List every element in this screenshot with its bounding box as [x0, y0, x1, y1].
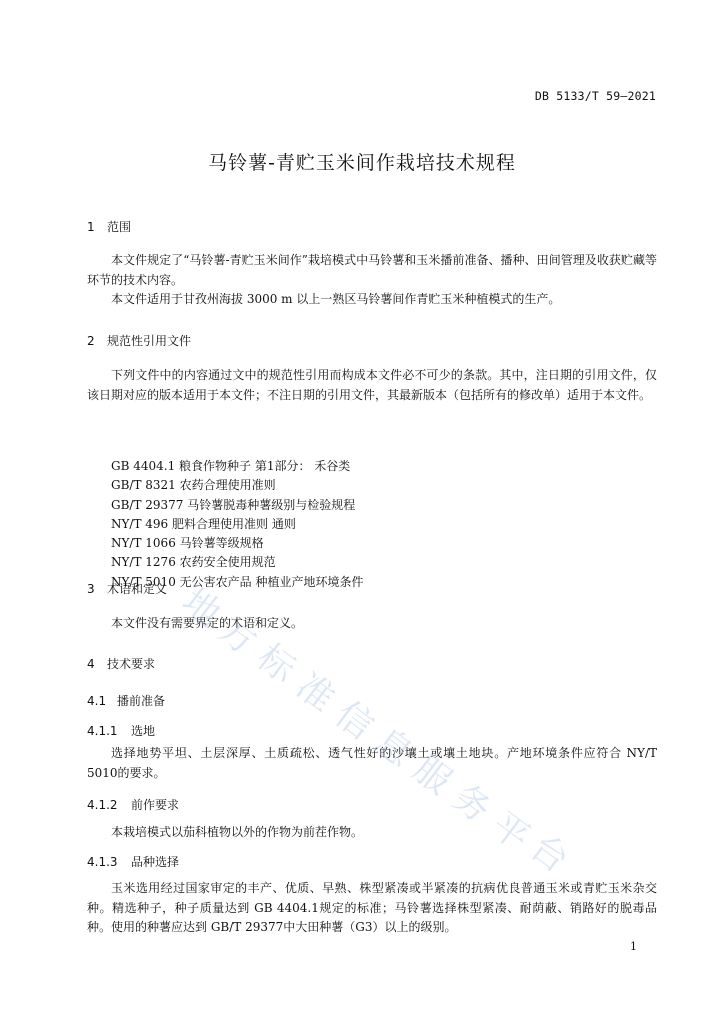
reference-item: NY/T 1066 马铃薯等级规格: [111, 534, 363, 553]
section-number: 4.1: [87, 694, 117, 708]
section-title: 前作要求: [131, 798, 179, 812]
page-number: 1: [630, 940, 637, 953]
section-4-heading: 4技术要求: [87, 655, 155, 672]
watermark-char: 信: [326, 687, 385, 749]
section-4-1-3-heading: 4.1.3品种选择: [87, 853, 179, 870]
section-number: 1: [87, 220, 107, 234]
document-title: 马铃薯-青贮玉米间作栽培技术规程: [0, 148, 724, 175]
section-title: 选地: [131, 724, 155, 738]
watermark-char: 准: [287, 659, 346, 721]
section-number: 4.1.3: [87, 855, 131, 869]
section-4-1-1-paragraph: 选择地势平坦、土层深厚、土质疏松、透气性好的沙壤土或壤土地块。产地环境条件应符合…: [87, 744, 657, 783]
section-4-1-2-paragraph: 本栽培模式以茄科植物以外的作物为前茬作物。: [87, 823, 657, 843]
section-title: 品种选择: [131, 855, 179, 869]
reference-list: GB 4404.1 粮食作物种子 第1部分： 禾谷类 GB/T 8321 农药合…: [111, 457, 363, 592]
section-number: 3: [87, 582, 107, 596]
document-page: DB 5133/T 59—2021 马铃薯-青贮玉米间作栽培技术规程 1范围 本…: [0, 0, 724, 1024]
reference-item: GB/T 8321 农药合理使用准则: [111, 476, 363, 495]
reference-item: GB 4404.1 粮食作物种子 第1部分： 禾谷类: [111, 457, 363, 476]
section-title: 播前准备: [117, 694, 165, 708]
reference-item: NY/T 496 肥料合理使用准则 通则: [111, 515, 363, 534]
section-1-paragraph-1: 本文件规定了“马铃薯-青贮玉米间作”栽培模式中马铃薯和玉米播前准备、播种、田间管…: [87, 251, 657, 290]
section-3-paragraph: 本文件没有需要界定的术语和定义。: [87, 614, 657, 634]
section-2-intro: 下列文件中的内容通过文中的规范性引用而构成本文件必不可少的条款。其中，注日期的引…: [87, 366, 657, 405]
section-title: 规范性引用文件: [107, 334, 191, 348]
section-1-paragraph-2: 本文件适用于甘孜州海拔 3000 m 以上一熟区马铃薯间作青贮玉米种植模式的生产…: [87, 290, 657, 310]
section-4-1-2-heading: 4.1.2前作要求: [87, 796, 179, 813]
watermark-char: 标: [248, 630, 307, 692]
reference-item: GB/T 29377 马铃薯脱毒种薯级别与检验规程: [111, 496, 363, 515]
section-number: 4.1.1: [87, 724, 131, 738]
section-4-1-1-heading: 4.1.1选地: [87, 722, 155, 739]
section-number: 4: [87, 657, 107, 671]
section-4-1-3-paragraph: 玉米选用经过国家审定的丰产、优质、早熟、株型紧凑或半紧凑的抗病优良普通玉米或青贮…: [87, 879, 657, 938]
section-3-heading: 3术语和定义: [87, 580, 167, 597]
section-number: 4.1.2: [87, 798, 131, 812]
watermark-char: 方: [209, 602, 268, 664]
section-1-heading: 1范围: [87, 218, 131, 235]
reference-item: NY/T 1276 农药安全使用规范: [111, 553, 363, 572]
section-title: 术语和定义: [107, 582, 167, 596]
section-title: 技术要求: [107, 657, 155, 671]
section-2-heading: 2规范性引用文件: [87, 332, 191, 349]
section-title: 范围: [107, 220, 131, 234]
standard-number: DB 5133/T 59—2021: [535, 89, 656, 103]
section-number: 2: [87, 334, 107, 348]
section-4-1-heading: 4.1播前准备: [87, 692, 165, 709]
